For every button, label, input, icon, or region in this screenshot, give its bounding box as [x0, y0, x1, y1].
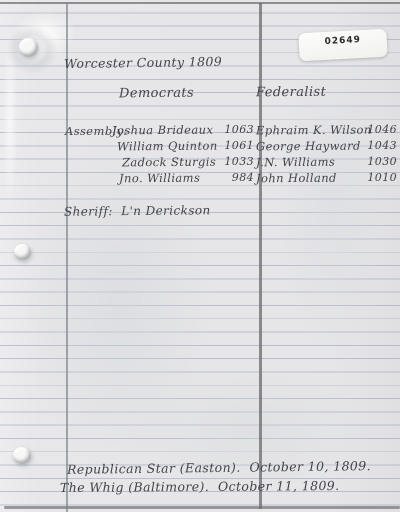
democrat-candidate: William Quinton	[117, 139, 218, 154]
federalist-candidate: George Hayward	[256, 139, 361, 154]
democrat-vote-count: 1061	[218, 139, 254, 152]
center-fold-line	[259, 3, 262, 509]
hole-punch-icon	[19, 38, 38, 57]
democrat-vote-count: 1063	[218, 123, 254, 136]
hole-punch-icon	[14, 244, 31, 260]
paper-background	[0, 0, 400, 512]
margin-line	[66, 3, 68, 512]
scan-top-edge	[0, 2, 400, 4]
democrat-candidate: Joshua Brideaux	[112, 123, 213, 138]
table-row: Jno. Williams 984 John Holland 1010	[0, 171, 400, 187]
column-header-federalist: Federalist	[256, 85, 326, 101]
federalist-candidate: John Holland	[256, 171, 337, 186]
hole-punch-icon	[13, 447, 31, 464]
democrat-candidate: Jno. Williams	[119, 171, 200, 186]
table-row: William Quinton 1061 George Hayward 1043	[0, 139, 400, 155]
federalist-vote-count: 1046	[357, 123, 397, 136]
source-citation: The Whig (Baltimore). October 11, 1809.	[60, 478, 340, 495]
federalist-candidate: Ephraim K. Wilson	[256, 123, 372, 138]
catalog-label: 02649	[298, 29, 387, 62]
scan-bottom-edge	[4, 506, 400, 509]
table-row: Joshua Brideaux 1063 Ephraim K. Wilson 1…	[0, 123, 400, 139]
federalist-vote-count: 1030	[357, 155, 397, 168]
democrat-vote-count: 1033	[218, 155, 254, 168]
sheriff-line: Sheriff: L'n Derickson	[64, 203, 211, 219]
democrat-candidate: Zadock Sturgis	[122, 155, 216, 170]
scanned-page: 02649 Worcester County 1809 Democrats Fe…	[0, 0, 400, 512]
column-header-democrats: Democrats	[119, 86, 194, 102]
catalog-number: 02649	[299, 34, 387, 49]
federalist-candidate: J.N. Williams	[256, 155, 335, 170]
democrat-vote-count: 984	[218, 171, 254, 184]
table-row: Zadock Sturgis 1033 J.N. Williams 1030	[0, 155, 400, 171]
federalist-vote-count: 1043	[357, 139, 397, 152]
federalist-vote-count: 1010	[357, 171, 397, 184]
page-title: Worcester County 1809	[64, 54, 222, 71]
